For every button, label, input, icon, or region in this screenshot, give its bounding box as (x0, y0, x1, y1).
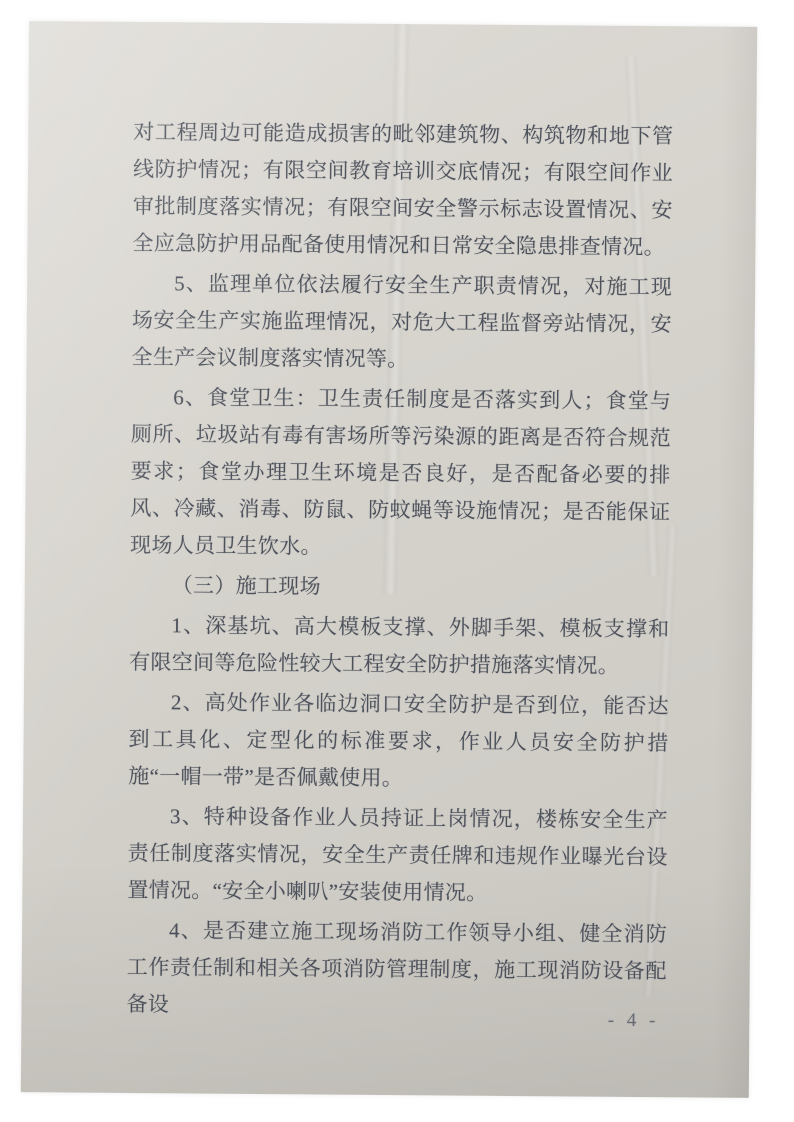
paragraph-item-6: 6、食堂卫生：卫生责任制度是否落实到人；食堂与厕所、垃圾站有毒有害场所等污染源的… (130, 379, 671, 568)
paragraph-item-5: 5、监理单位依法履行安全生产职责情况，对施工现场安全生产实施监理情况，对危大工程… (131, 265, 672, 380)
paragraph-continuation: 对工程周边可能造成损害的毗邻建筑物、构筑物和地下管线防护情况；有限空间教育培训交… (132, 114, 673, 266)
page-number: - 4 - (608, 1010, 660, 1032)
paragraph-item-2: 2、高处作业各临边洞口安全防护是否到位，能否达到工具化、定型化的标准要求，作业人… (128, 684, 669, 799)
paragraph-item-1: 1、深基坑、高大模板支撑、外脚手架、模板支撑和有限空间等危险性较大工程安全防护措… (129, 607, 670, 685)
section-heading: （三）施工现场 (130, 567, 670, 608)
scanned-document-photo: 对工程周边可能造成损害的毗邻建筑物、构筑物和地下管线防护情况；有限空间教育培训交… (0, 0, 794, 1122)
paragraph-item-3: 3、特种设备作业人员持证上岗情况，楼栋安全生产责任制度落实情况，安全生产责任牌和… (127, 798, 668, 913)
document-page: 对工程周边可能造成损害的毗邻建筑物、构筑物和地下管线防护情况；有限空间教育培训交… (21, 21, 757, 1098)
page-text: 对工程周边可能造成损害的毗邻建筑物、构筑物和地下管线防护情况；有限空间教育培训交… (126, 114, 673, 1030)
paragraph-item-4: 4、是否建立施工现场消防工作领导小组、健全消防工作责任制和相关各项消防管理制度，… (126, 912, 667, 1027)
